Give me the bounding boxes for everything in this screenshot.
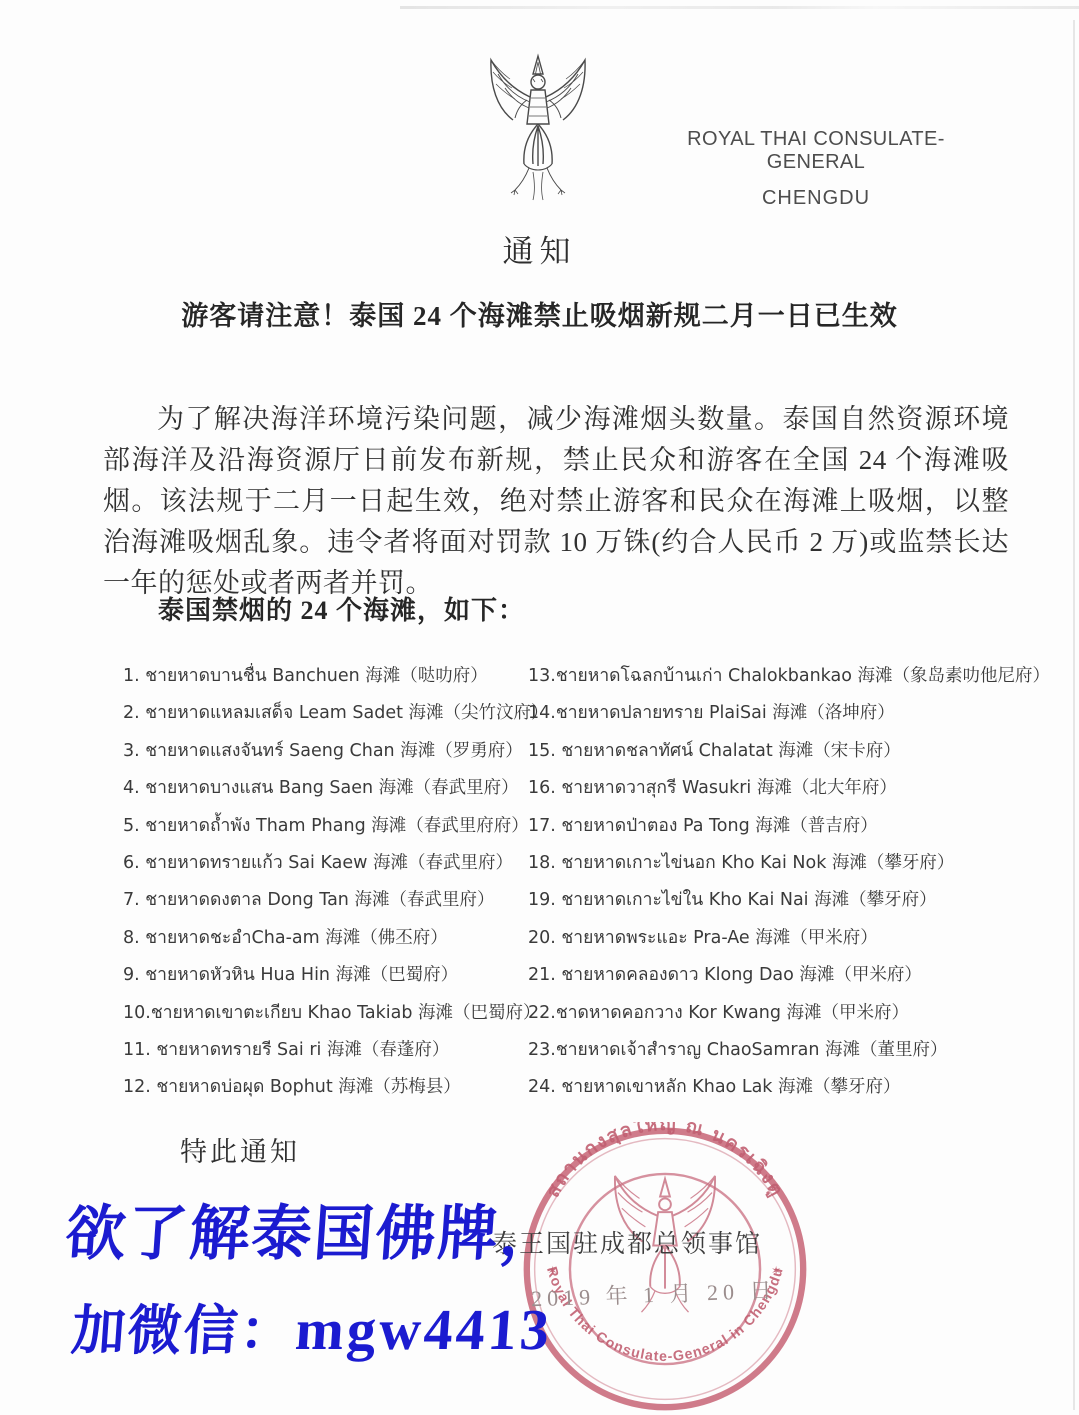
beach-list-heading: 泰国禁烟的 24 个海滩，如下： — [158, 590, 525, 627]
beach-list-item: 14.ชายหาดปลายทราย PlaiSai 海滩（洛坤府） — [528, 695, 1038, 732]
beach-list-item: 10.ชายหาดเขาตะเกียบ Khao Takiab 海滩（巴蜀府） — [123, 995, 533, 1032]
scan-artifact-top — [400, 6, 1079, 9]
stamp-thai-arc-text: สถานกงสุลใหญ่ ณ นครเฉิงตู — [542, 1122, 789, 1202]
beach-list-item: 6. ชายหาดทรายแก้ว Sai Kaew 海滩（春武里府） — [123, 845, 533, 882]
beach-list-item: 5. ชายหาดถ้ำพัง Tham Phang 海滩（春武里府府） — [123, 808, 533, 845]
beach-list-item: 7. ชายหาดดงตาล Dong Tan 海滩（春武里府） — [123, 882, 533, 919]
beach-list-item: 16. ชายหาดวาสุกรี Wasukri 海滩（北大年府） — [528, 770, 1038, 807]
consulate-name-line1: ROYAL THAI CONSULATE-GENERAL — [640, 128, 992, 174]
beach-list-item: 9. ชายหาดหัวหิน Hua Hin 海滩（巴蜀府） — [123, 957, 533, 994]
beach-list-item: 18. ชายหาดเกาะไข่นอก Kho Kai Nok 海滩（攀牙府） — [528, 845, 1038, 882]
beach-list-item: 15. ชายหาดชลาทัศน์ Chalatat 海滩（宋卡府） — [528, 733, 1038, 770]
consulate-name-line2: CHENGDU — [640, 187, 992, 210]
beach-list-item: 3. ชายหาดแสงจันทร์ Saeng Chan 海滩（罗勇府） — [123, 733, 533, 770]
beach-list-item: 4. ชายหาดบางแสน Bang Saen 海滩（春武里府） — [123, 770, 533, 807]
beach-list-item: 12. ชายหาดบ่อผุด Bophut 海滩（苏梅县） — [123, 1069, 533, 1106]
svg-text:สถานกงสุลใหญ่ ณ นครเฉิงตู: สถานกงสุลใหญ่ ณ นครเฉิงตู — [542, 1122, 789, 1202]
beach-list-item: 20. ชายหาดพระแอะ Pra-Ae 海滩（甲米府） — [528, 920, 1038, 957]
beach-list-item: 21. ชายหาดคลองดาว Klong Dao 海滩（甲米府） — [528, 957, 1038, 994]
beach-list-item: 13.ชายหาดโฉลกบ้านเก่า Chalokbankao 海滩（象岛… — [528, 658, 1038, 695]
beach-list-item: 2. ชายหาดแหลมเสด็จ Leam Sadet 海滩（尖竹汶府） — [123, 695, 533, 732]
beach-list-item: 22.ชาดหาดคอกวาง Kor Kwang 海滩（甲米府） — [528, 995, 1038, 1032]
consulate-seal-stamp: สถานกงสุลใหญ่ ณ นครเฉิงตู Royal Thai Con… — [518, 1122, 812, 1415]
beach-list-left-column: 1. ชายหาดบานชื่น Banchuen 海滩（哒叻府）2. ชายห… — [123, 658, 533, 1107]
watermark-line2: 加微信：mgw4413 — [69, 1288, 555, 1365]
notice-title: 通知 — [0, 226, 1079, 271]
beach-list-item: 11. ชายหาดทรายรี Sai ri 海滩（春蓬府） — [123, 1032, 533, 1069]
consulate-name: ROYAL THAI CONSULATE-GENERAL CHENGDU — [640, 128, 992, 210]
beach-list-item: 8. ชายหาดชะอำCha-am 海滩（佛丕府） — [123, 920, 533, 957]
beach-list-right-column: 13.ชายหาดโฉลกบ้านเก่า Chalokbankao 海滩（象岛… — [528, 658, 1038, 1107]
beach-list-item: 19. ชายหาดเกาะไข่ใน Kho Kai Nai 海滩（攀牙府） — [528, 882, 1038, 919]
notice-subtitle: 游客请注意！泰国 24 个海滩禁止吸烟新规二月一日已生效 — [0, 294, 1079, 333]
beach-list-item: 23.ชายหาดเจ้าสำราญ ChaoSamran 海滩（董里府） — [528, 1032, 1038, 1069]
beach-list-item: 17. ชายหาดป่าตอง Pa Tong 海滩（普吉府） — [528, 808, 1038, 845]
garuda-emblem-icon — [477, 52, 599, 207]
notice-body-paragraph: 为了解决海洋环境污染问题，减少海滩烟头数量。泰国自然资源环境部海洋及沿海资源厅日… — [103, 399, 1009, 604]
notice-document-page: ROYAL THAI CONSULATE-GENERAL CHENGDU 通知 … — [0, 0, 1079, 1415]
watermark-line1: 欲了解泰国佛牌， — [63, 1186, 565, 1272]
closing-statement: 特此通知 — [180, 1130, 300, 1169]
watermark-wechat-id: mgw4413 — [294, 1297, 555, 1362]
watermark-wechat-label: 加微信： — [70, 1301, 298, 1361]
beach-list-item: 24. ชายหาดเขาหลัก Khao Lak 海滩（攀牙府） — [528, 1069, 1038, 1106]
beach-list-item: 1. ชายหาดบานชื่น Banchuen 海滩（哒叻府） — [123, 658, 533, 695]
